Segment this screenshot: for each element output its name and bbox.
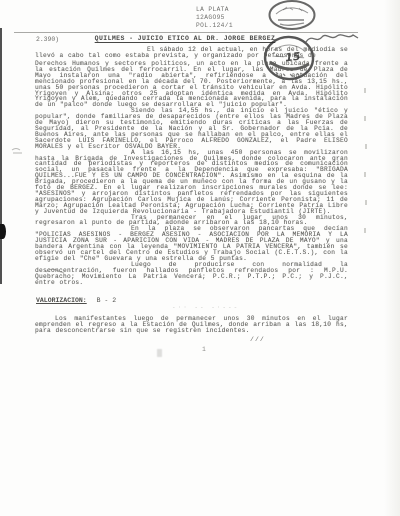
scan-smudge: [157, 349, 162, 357]
document-header-block: LA PLATA 12AGO95 POL.124/1: [196, 6, 233, 29]
valorization-value: B - 2: [97, 297, 117, 304]
scan-ink-blob: [0, 224, 6, 239]
margin-pencil-mark: [10, 146, 26, 156]
closing-paragraph: Los manifestantes luego de permanecer un…: [35, 316, 348, 334]
valorization-line: VALORIZACION: B - 2: [36, 297, 116, 304]
header-place: LA PLATA: [196, 6, 233, 14]
valorization-label: VALORIZACION:: [36, 297, 87, 304]
body-paragraph: En la plaza se observaron pancartas que …: [35, 226, 348, 261]
body-paragraph: Luego de producirse con normalidad la de…: [35, 262, 348, 286]
erased-text-line: -·· -- -·---: [172, 304, 239, 311]
body-paragraph: Derechos Humanos y sectores políticos, u…: [35, 61, 348, 108]
binding-mark: [364, 88, 366, 93]
header-reference: POL.124/1: [196, 22, 233, 30]
continuation-mark: ///: [250, 336, 265, 343]
binding-mark: [365, 144, 367, 149]
body-paragraph: A las 16,15 hs, unas 450 personas se mov…: [35, 150, 348, 215]
body-paragraph: Siendo las 14,55 hs., da inicio el juici…: [35, 108, 348, 149]
handwriting-scribble: [304, 29, 360, 47]
scanned-document-page: LA PLATA 12AGO95 POL.124/1 2.390) QUILME…: [0, 0, 400, 516]
binding-mark: [364, 228, 366, 233]
body-opening-paragraph: El sábado 12 del actual, en horas del me…: [35, 47, 348, 59]
body-text-block: Derechos Humanos y sectores políticos, u…: [35, 61, 348, 285]
header-date: 12AGO95: [196, 14, 233, 22]
scan-edge-line: [0, 28, 2, 284]
binding-mark: [364, 116, 366, 121]
binding-mark: [365, 200, 367, 205]
binding-mark: [364, 172, 366, 177]
page-number: 1: [202, 346, 206, 353]
